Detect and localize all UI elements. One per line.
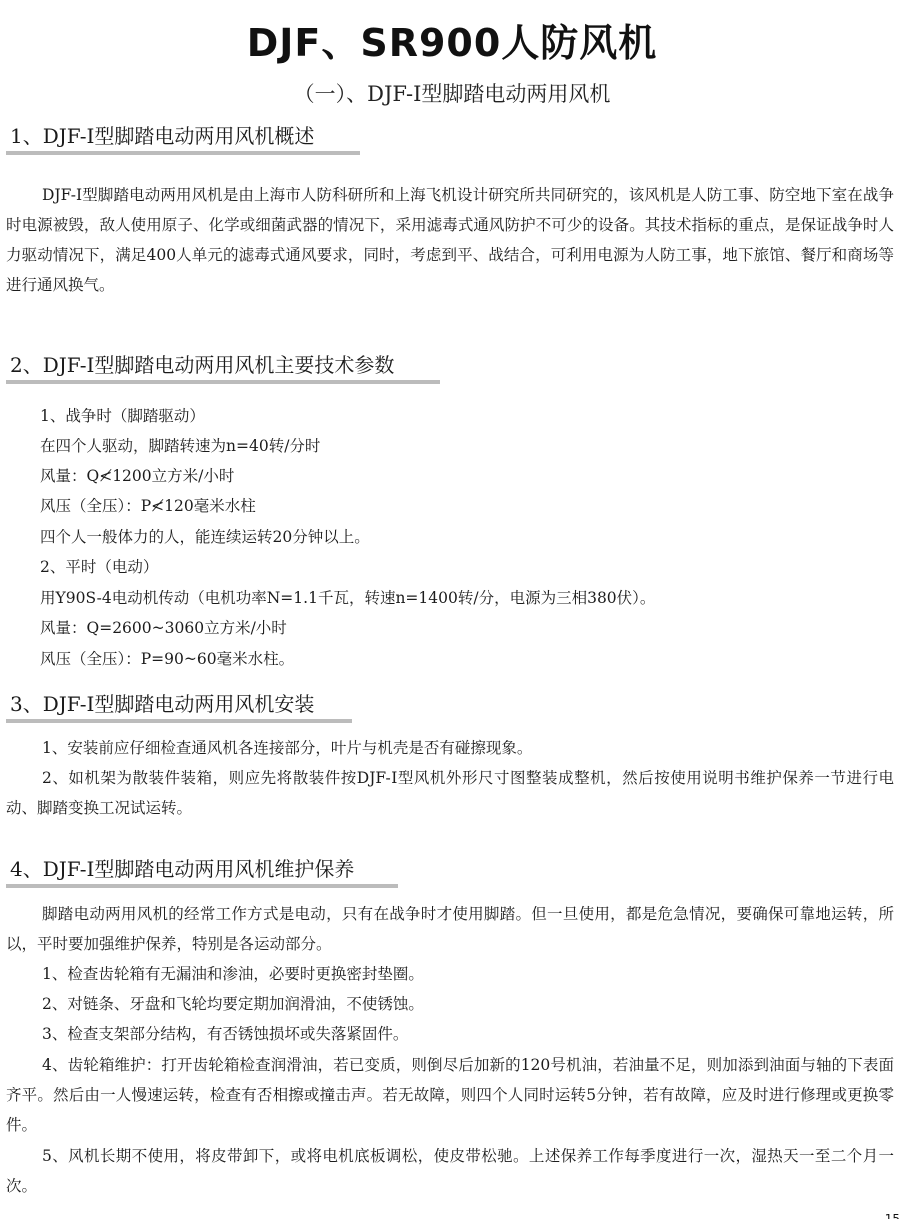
page-number: 15 xyxy=(885,1212,900,1219)
spec-line: 用Y90S-4电动机传动（电机功率N=1.1千瓦，转速n=1400转/分，电源为… xyxy=(40,583,655,613)
section-heading-maintenance: 4、DJF-Ⅰ型脚踏电动两用风机维护保养 xyxy=(8,853,354,882)
section-heading-overview: 1、DJF-Ⅰ型脚踏电动两用风机概述 xyxy=(8,120,314,149)
spec-line: 1、战争时（脚踏驱动） xyxy=(40,401,205,431)
section-heading-specs: 2、DJF-Ⅰ型脚踏电动两用风机主要技术参数 xyxy=(8,349,394,378)
paragraph-maintenance-1: 1、检查齿轮箱有无漏油和渗油，必要时更换密封垫圈。 xyxy=(6,959,894,989)
section-underline xyxy=(6,884,398,888)
page-subtitle: （一）、DJF-Ⅰ型脚踏电动两用风机 xyxy=(0,78,904,108)
section-underline xyxy=(6,719,352,723)
spec-line: 风量：Q≮1200立方米/小时 xyxy=(40,461,234,491)
spec-line: 在四个人驱动，脚踏转速为n=40转/分时 xyxy=(40,431,320,461)
section-underline xyxy=(6,151,360,155)
paragraph-install-2: 2、如机架为散装件装箱，则应先将散装件按DJF-Ⅰ型风机外形尺寸图整装成整机，然… xyxy=(6,763,894,823)
paragraph-install-1: 1、安装前应仔细检查通风机各连接部分，叶片与机壳是否有碰擦现象。 xyxy=(6,733,894,763)
spec-line: 四个人一般体力的人，能连续运转20分钟以上。 xyxy=(40,522,370,552)
spec-line: 2、平时（电动） xyxy=(40,552,158,582)
paragraph-overview: DJF-Ⅰ型脚踏电动两用风机是由上海市人防科研所和上海飞机设计研究所共同研究的，… xyxy=(6,180,894,300)
spec-line: 风压（全压）：P=90~60毫米水柱。 xyxy=(40,644,294,674)
spec-line: 风压（全压）：P≮120毫米水柱 xyxy=(40,491,256,521)
paragraph-maintenance-2: 2、对链条、牙盘和飞轮均要定期加润滑油，不使锈蚀。 xyxy=(6,989,894,1019)
paragraph-maintenance-3: 3、检查支架部分结构，有否锈蚀损坏或失落紧固件。 xyxy=(6,1019,894,1049)
section-heading-installation: 3、DJF-Ⅰ型脚踏电动两用风机安装 xyxy=(8,688,314,717)
paragraph-maintenance-4: 4、齿轮箱维护：打开齿轮箱检查润滑油，若已变质，则倒尽后加新的120号机油，若油… xyxy=(6,1050,894,1140)
spec-line: 风量：Q=2600~3060立方米/小时 xyxy=(40,613,287,643)
paragraph-maintenance-intro: 脚踏电动两用风机的经常工作方式是电动，只有在战争时才使用脚踏。但一旦使用，都是危… xyxy=(6,899,894,959)
section-underline xyxy=(6,380,440,384)
page-title: DJF、SR900人防风机 xyxy=(0,12,904,67)
paragraph-maintenance-5: 5、风机长期不使用，将皮带卸下，或将电机底板调松，使皮带松驰。上述保养工作每季度… xyxy=(6,1141,894,1201)
